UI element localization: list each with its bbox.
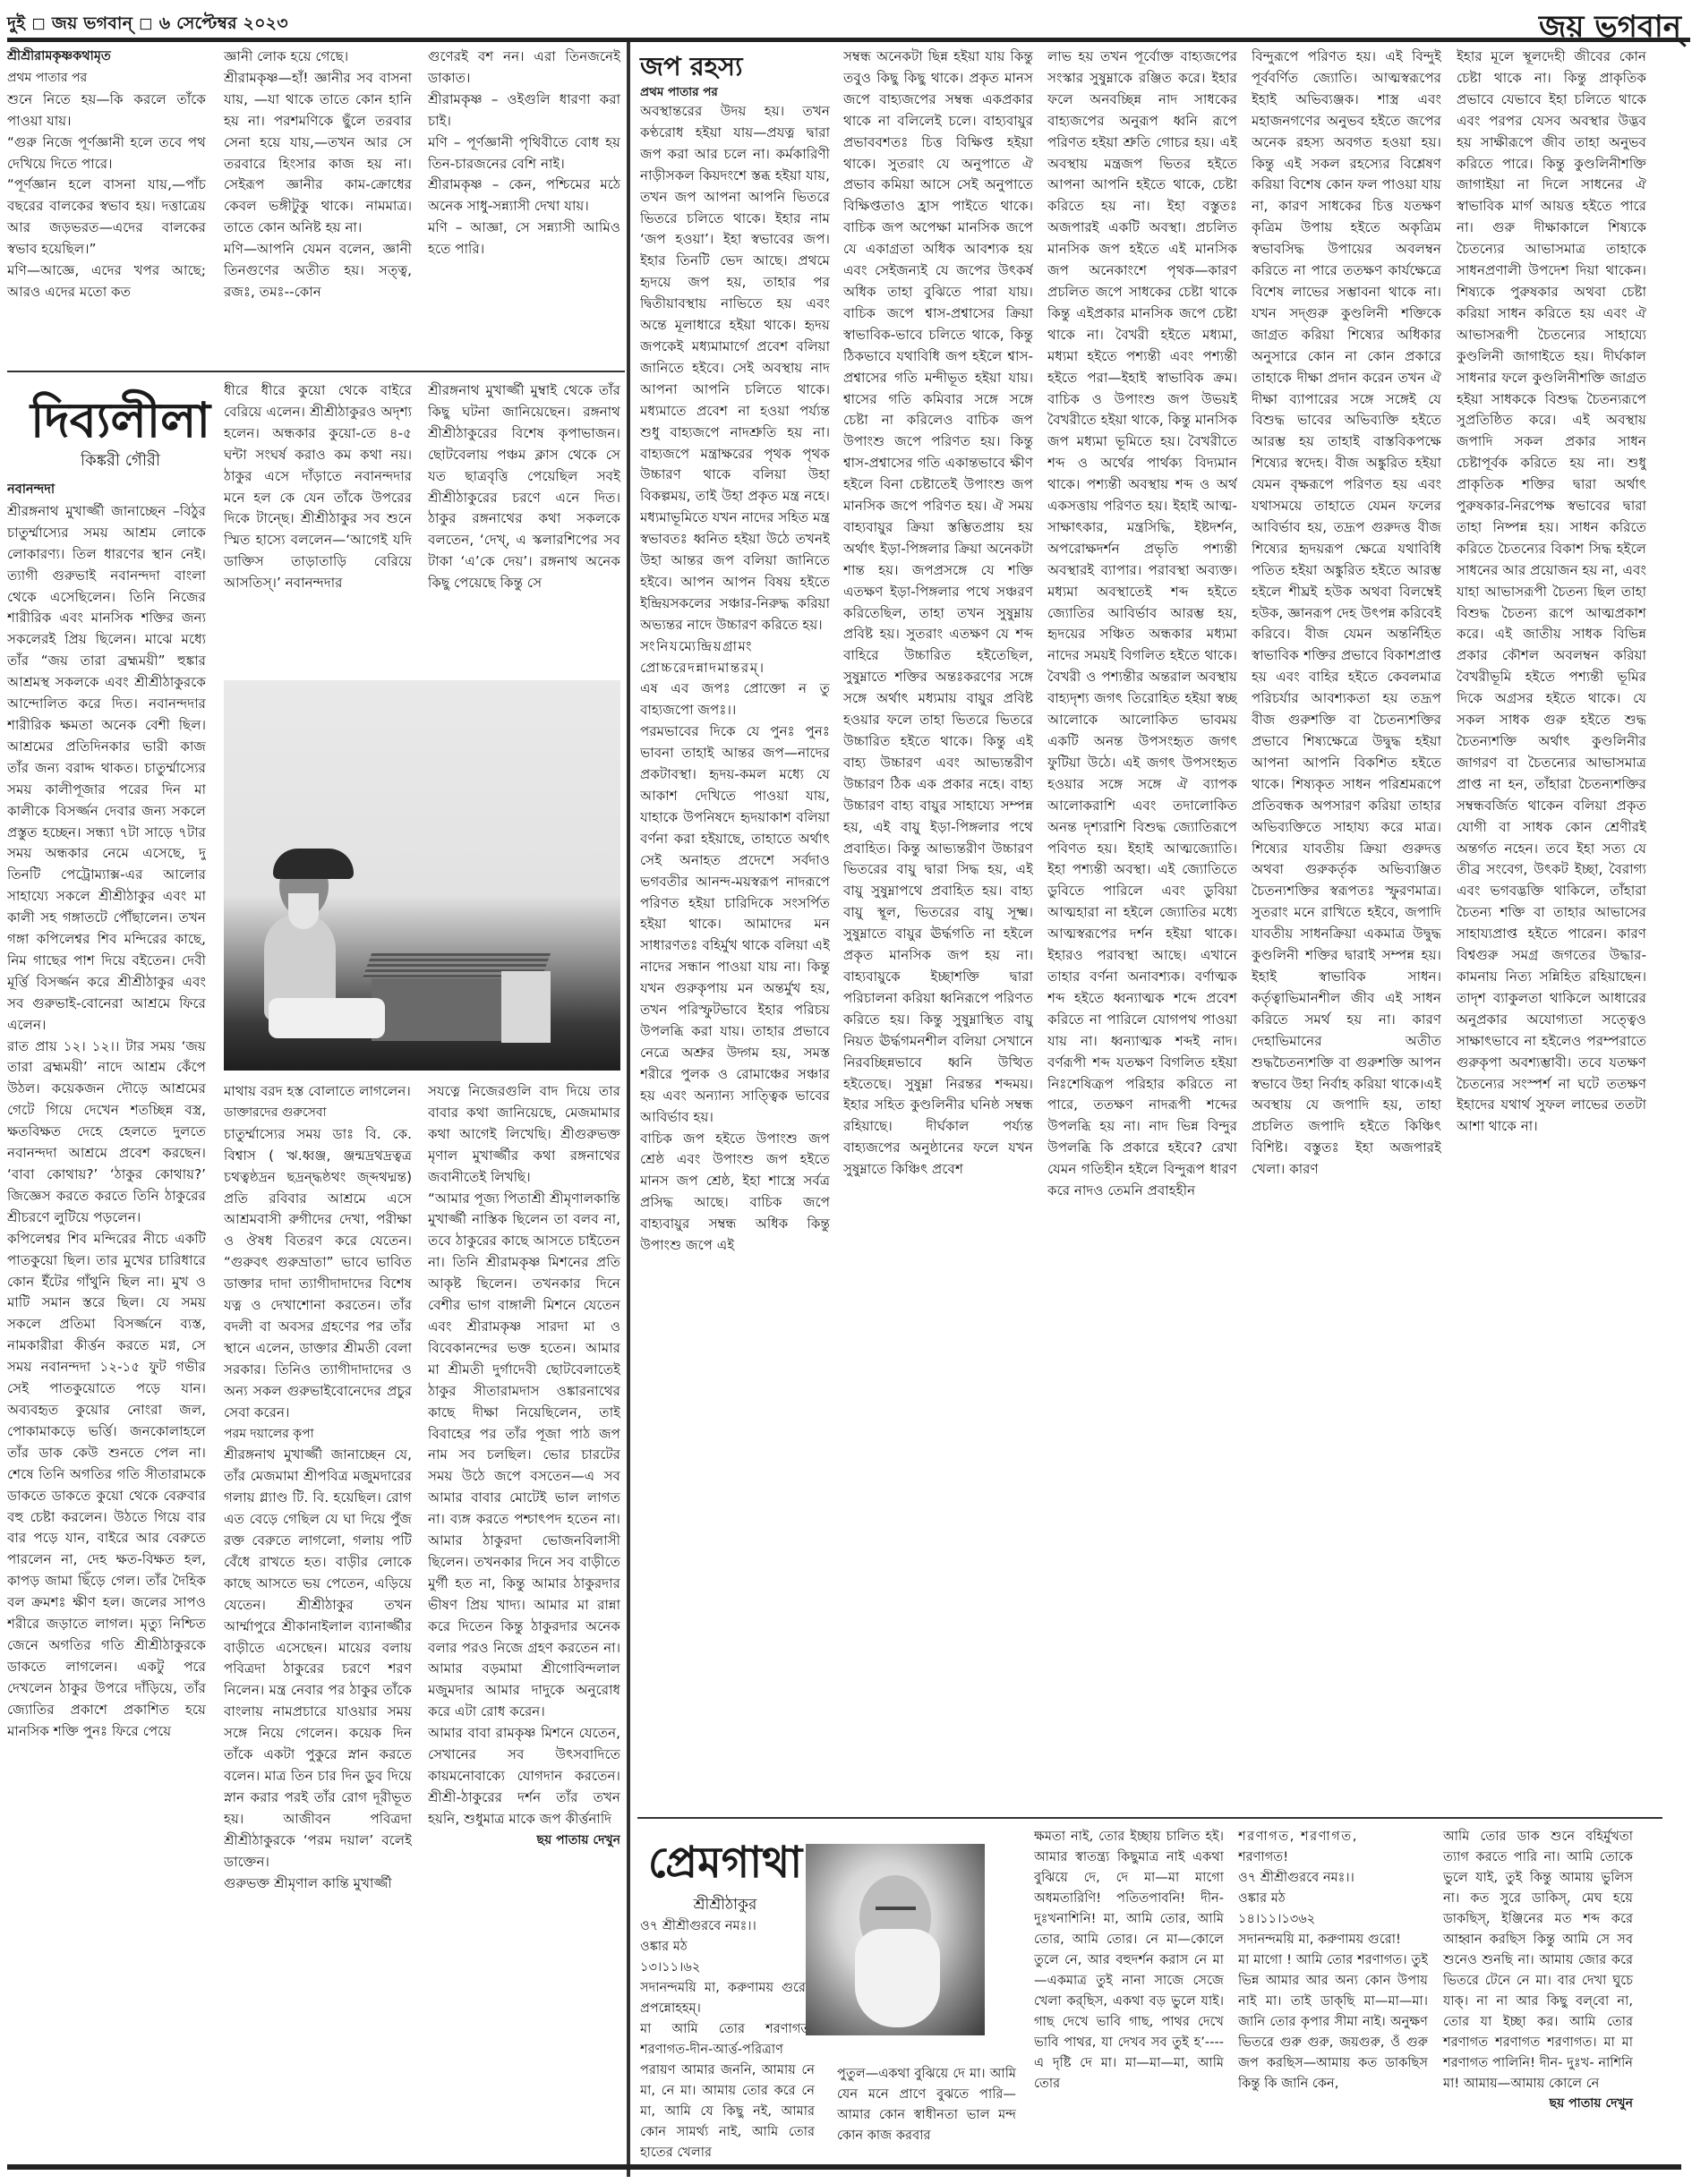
paragraph: মণি – আজ্ঞা, সে সন্ন্যাসী আমিও হতে পারি। <box>428 218 620 260</box>
paragraph: চাতুর্ম্মাস্যের সময় ডাঃ বি. কে. বিশ্বাস… <box>224 1124 412 1424</box>
kathamrita-col-3: গুণেরই বশ নন। এরা তিনজনেই ডাকাত। শ্রীরাম… <box>428 47 620 260</box>
divyalila-col-2-bottom: মাথায় বরদ হস্ত বোলাতে লাগলেন। ডাক্তারদে… <box>224 1081 412 2163</box>
paragraph: পুতুল—একথা বুঝিয়ে দে মা। আমি যেন মনে প্… <box>837 2063 1016 2146</box>
vertical-column-divider <box>627 42 630 2177</box>
paragraph: শরণাগত! <box>1238 1847 1428 1867</box>
sadhu-photo <box>224 680 620 1071</box>
kathamrita-title: শ্রীশ্রীরামকৃষ্ণকথামৃত <box>7 47 206 68</box>
paragraph: অবস্থান্তরের উদয় হয়। তখন কণ্ঠরোধ হইয়া… <box>640 101 830 636</box>
paragraph: “আমার পূজ্য পিতাশ্রী শ্রীমৃণালকান্তি মুখ… <box>428 1189 620 1724</box>
premgatha-col-2-caption: পুতুল—একথা বুঝিয়ে দে মা। আমি যেন মনে প্… <box>837 2063 1016 2146</box>
japrahasya-col-5: ইহার মূলে স্থূলদেহী জীবের কোন চেষ্টা থাক… <box>1457 47 1646 1810</box>
paragraph: শ্রীরঙ্গনাথ মুখার্জ্জী জানাচ্ছেন –বিঠুর … <box>7 501 206 1037</box>
subhead-doctors-guruseva: ডাক্তারদের গুরুসেবা <box>224 1103 412 1124</box>
page-folio: দুই ◻ জয় ভগবান্ ◻ ৬ সেপ্টেম্বর ২০২৩ <box>7 11 288 39</box>
portrait-eyes <box>876 1907 916 1912</box>
invocation: ও৭ শ্রীশ্রীগুরবে নমঃ।। <box>640 1915 815 1936</box>
paragraph: মাথায় বরদ হস্ত বোলাতে লাগলেন। <box>224 1081 412 1103</box>
wall-side-shape <box>501 971 551 1043</box>
paragraph: জ্ঞানী লোক হয়ে গেছে। <box>224 47 412 68</box>
continued-on-page-six-link[interactable]: ছয় পাতায় দেখুন <box>1443 2094 1633 2114</box>
paragraph: শুনে নিতে হয়—কি করলে তাঁকে পাওয়া যায়। <box>7 90 206 132</box>
paragraph: মণি – পূর্ণজ্ঞানী পৃথিবীতে বোধ হয় তিন-চ… <box>428 132 620 175</box>
paragraph: শ্রীরামকৃষ্ণ – কেন, পশ্চিমের মঠে অনেক সা… <box>428 175 620 218</box>
paragraph: মা মাগো ! আমি তোর শরণাগত। তুই ভিন্ন আমার… <box>1238 1949 1428 2094</box>
paragraph: শ্রীরঙ্গনাথ মুখার্জ্জী জানাচ্ছেন যে, তাঁ… <box>224 1445 412 1873</box>
japrahasya-col-4: বিন্দুরূপে পরিণত হয়। এই বিন্দুই পূর্ববর… <box>1252 47 1441 1810</box>
japrahasya-col-2: সম্বন্ধ অনেকটা ছিন্ন হইয়া যায় কিন্তু ত… <box>843 47 1033 1810</box>
premgatha-author: শ্রীশ্রীঠাকুর <box>645 1893 806 1918</box>
paragraph: শ্রীরঙ্গনাথ মুখার্জ্জী মুম্বাই থেকে তাঁর… <box>428 380 620 594</box>
premgatha-title: প্রেমগাথা <box>645 1830 806 1901</box>
paragraph: “গুরু নিজে পূর্ণজ্ঞানী হলে তবে পথ দেখিয়… <box>7 132 206 175</box>
section-divider <box>7 371 625 372</box>
premgatha-col-3: ক্ষমতা নাই, তোর ইচ্ছায় চালিত হই। আমার স… <box>1034 1826 1224 2162</box>
bottom-rule-divider <box>7 2164 1681 2170</box>
paragraph: পরমভাবের দিকে যে পুনঃ পুনঃ ভাবনা তাহাই আ… <box>640 721 830 1128</box>
byline: গুরুভক্ত শ্রীমৃণাল কান্তি মুখার্জ্জী <box>224 1873 412 1895</box>
paragraph: শ্রীরামকৃষ্ণ—হাঁ! জ্ঞানীর সব বাসনা যায়,… <box>224 68 412 239</box>
continued-on-page-six-link[interactable]: ছয় পাতায় দেখুন <box>428 1830 620 1852</box>
paragraph: ইহার মূলে স্থূলদেহী জীবের কোন চেষ্টা থাক… <box>1457 47 1646 1138</box>
paragraph: “পূর্ণজ্ঞান হলে বাসনা যায়,—পাঁচ বছরের ব… <box>7 175 206 260</box>
date: ১৪।১১।১৩৬২ <box>1238 1908 1428 1929</box>
paragraph: লাভ হয় তখন পূর্বোক্ত বাহ্যজপের সংস্কার … <box>1047 47 1237 1202</box>
divyalila-col-2-top: ধীরে ধীরে কুয়ো থেকে বাইরে বেরিয়ে এলেন।… <box>224 380 412 594</box>
place: ওঙ্কার মঠ <box>1238 1888 1428 1908</box>
divyalila-col-3-bottom: সযত্নে নিজেরগুলি বাদ দিয়ে তার বাবার কথা… <box>428 1081 620 2163</box>
paragraph: আমি তোর ডাক শুনে বহির্মুখতা ত্যাগ করতে প… <box>1443 1826 1633 2094</box>
paragraph: শ্রীরামকৃষ্ণ – ওইগুলি ধারণা করা চাই। <box>428 90 620 132</box>
premgatha-col-4: শরণাগত, শরণাগত, শরণাগত! ও৭ শ্রীশ্রীগুরবে… <box>1238 1826 1428 2162</box>
japrahasya-col-1: অবস্থান্তরের উদয় হয়। তখন কণ্ঠরোধ হইয়া… <box>640 101 830 1811</box>
paragraph: সদানন্দময়ি মা, করুণাময় গুরো! <box>1238 1929 1428 1949</box>
section-divider <box>637 1817 1662 1819</box>
divyalila-col-1: নবানন্দদা শ্রীরঙ্গনাথ মুখার্জ্জী জানাচ্ছ… <box>7 480 206 2163</box>
kathamrita-col-2: জ্ঞানী লোক হয়ে গেছে। শ্রীরামকৃষ্ণ—হাঁ! … <box>224 47 412 303</box>
invocation: ও৭ শ্রীশ্রীগুরবে নমঃ।। <box>1238 1867 1428 1888</box>
paragraph: মণি—আপনি যেমন বলেন, জ্ঞানী তিনগুণের অতীত… <box>224 239 412 303</box>
paragraph: মণি—আজ্ঞে, এদের খপর আছে; আরও এদের মতো কত <box>7 260 206 303</box>
divyalila-col-3-top: শ্রীরঙ্গনাথ মুখার্জ্জী মুম্বাই থেকে তাঁর… <box>428 380 620 594</box>
sanskrit-verse: সংনিযম্যেন্দ্রিয়গ্রামং প্রোচ্চরেদন্নাদম… <box>640 636 830 679</box>
paragraph: বাচিক জপ হইতে উপাংশু জপ শ্রেষ্ঠ এবং উপাং… <box>640 1129 830 1257</box>
guru-portrait-photo <box>806 1844 985 2035</box>
paragraph: আমার বাবা রামকৃষ্ণ মিশনে যেতেন, সেখানের … <box>428 1723 620 1830</box>
paragraph: ধীরে ধীরে কুয়ো থেকে বাইরে বেরিয়ে এলেন।… <box>224 380 412 594</box>
japrahasya-col-3: লাভ হয় তখন পূর্বোক্ত বাহ্যজপের সংস্কার … <box>1047 47 1237 1810</box>
paragraph: শরণাগত, শরণাগত, <box>1238 1826 1428 1847</box>
subhead-nabanandada: নবানন্দদা <box>7 480 206 501</box>
figure-hair <box>273 849 354 879</box>
premgatha-col-5: আমি তোর ডাক শুনে বহির্মুখতা ত্যাগ করতে প… <box>1443 1826 1633 2114</box>
paragraph: রাত প্রায় ১২। ১২।। টার সময় ‘জয় তারা ব… <box>7 1037 206 1229</box>
figure-cloth <box>269 998 385 1038</box>
kathamrita-col-1: শ্রীশ্রীরামকৃষ্ণকথামৃত প্রথম পাতার পর শু… <box>7 47 206 303</box>
paragraph: সম্বন্ধ অনেকটা ছিন্ন হইয়া যায় কিন্তু ত… <box>843 47 1033 1181</box>
subhead-param-dayal: পরম দয়ালের কৃপা <box>224 1424 412 1446</box>
japrahasya-continued: প্রথম পাতার পর <box>640 82 718 103</box>
premgatha-col-1: ও৭ শ্রীশ্রীগুরবে নমঃ।। ওঙ্কার মঠ ১৩।১১।৬… <box>640 1915 815 2162</box>
place: ওঙ্কার মঠ <box>640 1936 815 1957</box>
kathamrita-continued: প্রথম পাতার পর <box>7 68 206 90</box>
paragraph: মা আমি তোর শরণাগত, শরণাগত-দীন-আর্ত্ত-পরি… <box>640 2018 815 2162</box>
portrait-beard <box>855 1929 940 2027</box>
paragraph: সদানন্দময়ি মা, করুণাময় গুরো! প্রপন্নোহ… <box>640 1977 815 2018</box>
figure-beard <box>288 893 319 929</box>
paragraph: গুণেরই বশ নন। এরা তিনজনেই ডাকাত। <box>428 47 620 90</box>
paragraph: ক্ষমতা নাই, তোর ইচ্ছায় চালিত হই। আমার স… <box>1034 1826 1224 2094</box>
paragraph: কপিলেশ্বর শিব মন্দিরের নীচে একটি পাতকুয়… <box>7 1229 206 1743</box>
paragraph: বিন্দুরূপে পরিণত হয়। এই বিন্দুই পূর্ববর… <box>1252 47 1441 1181</box>
divyalila-author: কিঙ্করী গৌরী <box>20 448 221 475</box>
date: ১৩।১১।৬২ <box>640 1957 815 1977</box>
top-rule-divider <box>7 38 1690 42</box>
sanskrit-verse: এষ এব জপঃ প্রোক্তো ন তু বাহ্যজপো জপঃ।। <box>640 678 830 721</box>
paragraph: সযত্নে নিজেরগুলি বাদ দিয়ে তার বাবার কথা… <box>428 1081 620 1189</box>
